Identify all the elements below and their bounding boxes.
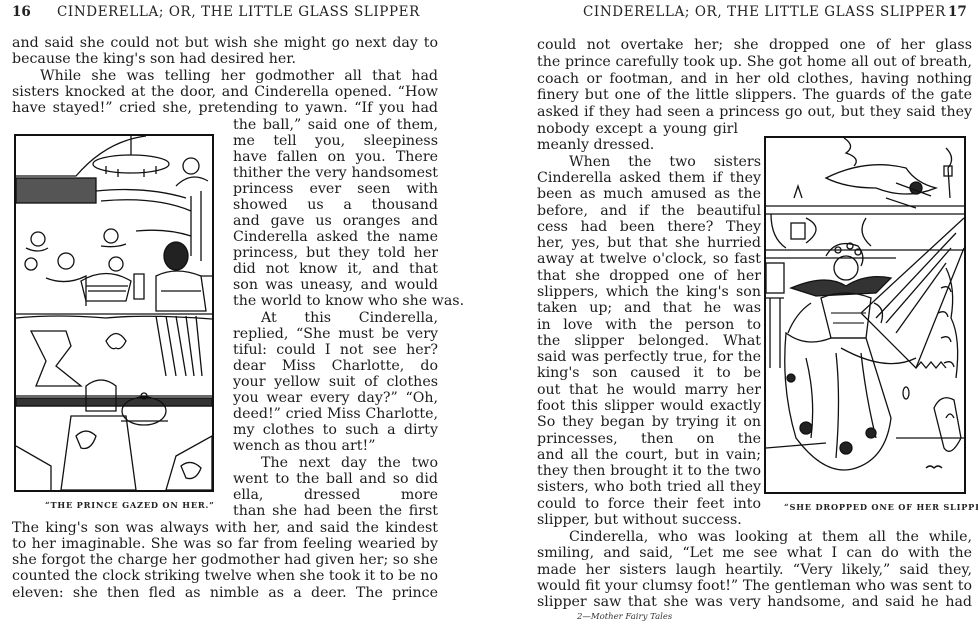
left-page: 16 CINDERELLA; OR, THE LITTLE GLASS SLIP…	[0, 0, 489, 626]
text-line: eleven: she then fled as nimble as a dee…	[12, 585, 438, 602]
text-line: said was perfectly true, for the	[537, 349, 761, 366]
text-line: slipper, but without success.	[537, 512, 742, 528]
text-line: ella, dressed more magnificently	[233, 487, 438, 504]
running-head: CINDERELLA; OR, THE LITTLE GLASS SLIPPER	[583, 4, 946, 20]
text-line: could to force their feet into the	[537, 496, 761, 513]
text-line: me tell you, sleepiness would not	[233, 133, 438, 150]
text-line: the prince carefully took up. She got ho…	[537, 54, 972, 71]
text-line: they then brought it to the two	[537, 463, 761, 480]
text-line: smiling, and said, “Let me see what I ca…	[537, 545, 972, 562]
page-number: 17	[948, 4, 967, 20]
text-line: been as much amused as the night	[537, 186, 761, 203]
text-line: you wear every day?” “Oh, in-	[233, 390, 438, 407]
text-line: have fallen on you. There came	[233, 149, 438, 166]
text-line: finery but one of the little slippers. T…	[537, 87, 972, 104]
text-line: and gave us oranges and citrons.”	[233, 213, 438, 230]
text-line: Cinderella asked them if they had	[537, 170, 761, 187]
right-page: CINDERELLA; OR, THE LITTLE GLASS SLIPPER…	[489, 0, 978, 626]
text-line: nobody except a young girl very	[537, 121, 738, 138]
text-line: could not overtake her; she dropped one …	[537, 37, 972, 54]
text-line: taken up; and that he was surely	[537, 300, 761, 317]
text-line: princess, but they told her they	[233, 245, 438, 262]
text-line: have stayed!” cried she, pretending to y…	[12, 100, 438, 117]
text-line: that she dropped one of her glass	[537, 268, 761, 285]
text-line: thither the very handsomest	[233, 165, 438, 182]
text-line: So they began by trying it on the	[537, 414, 761, 431]
page-number: 16	[12, 4, 31, 20]
text-line: son was uneasy, and would give all	[233, 277, 438, 294]
text-line: king's son caused it to be given	[537, 365, 761, 382]
text-line: went to the ball and so did Cinder-	[233, 471, 438, 488]
text-line: her, yes, but that she hurried	[537, 235, 761, 252]
text-line: foot this slipper would exactly fit.	[537, 398, 761, 415]
text-line: The king's son was always with her, and …	[12, 520, 438, 537]
text-line: in love with the person to whom	[537, 317, 761, 334]
text-line: sisters knocked at the door, and Cindere…	[12, 84, 438, 101]
text-line: the slipper belonged. What they	[537, 333, 761, 350]
text-line: princess ever seen with eyes; she	[233, 181, 438, 198]
text-line: coach or footman, and in her old clothes…	[537, 71, 972, 88]
illustration-prince-gazed	[14, 134, 214, 492]
text-line: the ball,” said one of them, “let	[233, 117, 438, 134]
text-line: Cinderella asked the name of the	[233, 229, 438, 246]
text-line: showed us a thousand kindnesses,	[233, 197, 438, 214]
text-line: The next day the two sisters	[261, 455, 438, 472]
illustration-dropped-slipper	[764, 136, 966, 494]
printer-signature: 2—Mother Fairy Tales	[577, 612, 672, 622]
text-line: When the two sisters returned,	[569, 154, 761, 171]
text-line: wench as thou art!”	[233, 438, 375, 454]
text-line: and said she could not but wish she migh…	[12, 35, 438, 52]
text-line: did not know it, and that the king's	[233, 261, 438, 278]
text-line: and all the court, but in vain;	[537, 447, 761, 464]
text-line: than she had been the first night	[233, 503, 438, 520]
text-line: would fit your clumsy foot!” The gentlem…	[537, 578, 972, 595]
text-line: deed!” cried Miss Charlotte, “lend	[233, 406, 438, 423]
text-line: dear Miss Charlotte, do lend me	[233, 358, 438, 375]
text-line: away at twelve o'clock, so fast	[537, 251, 761, 268]
text-line: to her imaginable. She was so far from f…	[12, 536, 438, 553]
text-line: slipper saw that she was very handsome, …	[537, 594, 972, 611]
cinderella-running-scene-icon	[766, 138, 964, 492]
text-line: asked if they had seen a princess go out…	[537, 104, 972, 121]
text-line: tiful: could I not see her? Ah!	[233, 342, 438, 359]
text-line: sisters, who both tried all they	[537, 479, 761, 496]
text-line: Cinderella, who was looking at them all …	[569, 529, 972, 546]
running-head: CINDERELLA; OR, THE LITTLE GLASS SLIPPER	[57, 4, 420, 20]
illustration-caption: “SHE DROPPED ONE OF HER SLIPPERS.”	[784, 502, 978, 512]
text-line: my clothes to such a dirty Cinder-	[233, 422, 438, 439]
text-line: While she was telling her godmother all …	[40, 68, 438, 85]
text-line: At this Cinderella, smiling,	[261, 310, 438, 327]
text-line: she forgot the charge her godmother had …	[12, 552, 438, 569]
text-line: out that he would marry her whose	[537, 382, 761, 399]
illustration-caption: “THE PRINCE GAZED ON HER.”	[45, 500, 215, 510]
text-line: your yellow suit of clothes that	[233, 374, 438, 391]
text-line: cess had been there? They told	[537, 219, 761, 236]
text-line: counted the clock striking twelve when s…	[12, 568, 438, 585]
text-line: before, and if the beautiful prin-	[537, 203, 761, 220]
banquet-scene-icon	[16, 136, 212, 490]
text-line: replied, “She must be very beau-	[233, 326, 438, 343]
text-line: the world to know who she was.	[233, 293, 464, 309]
text-line: meanly dressed.	[537, 137, 654, 153]
text-line: slippers, which the king's son had	[537, 284, 761, 301]
text-line: because the king's son had desired her.	[12, 51, 296, 67]
text-line: made her sisters laugh heartily. “Very l…	[537, 562, 972, 579]
text-line: princesses, then on the duchesses,	[537, 431, 761, 448]
